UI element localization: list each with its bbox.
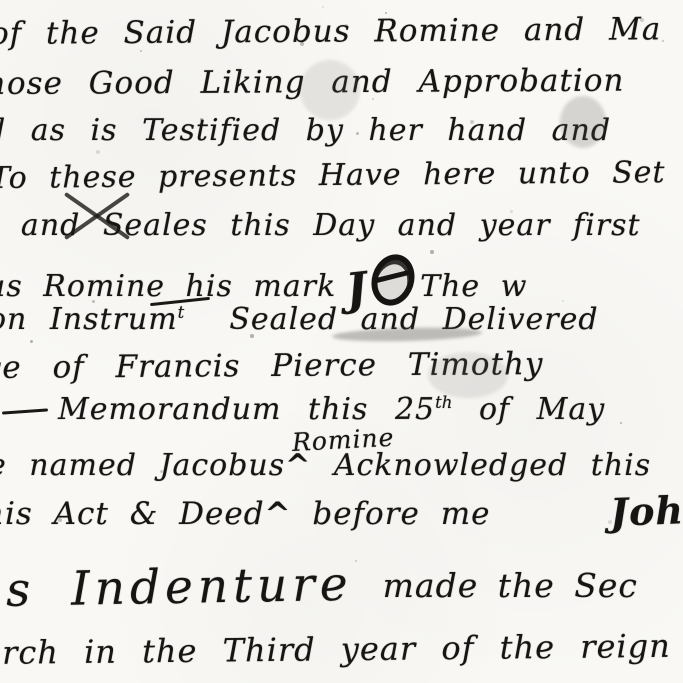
line-11-middle-text: before me [312, 496, 490, 532]
manuscript-line-2: hose Good Liking and Approbation [0, 60, 683, 102]
manuscript-line-10: e named Jacobus^ Acknowledged this [0, 448, 683, 483]
line-10-text: e named Jacobus [0, 448, 285, 483]
manuscript-line-3: d as is Testified by her hand and [0, 113, 683, 148]
line-11-text: his Act & Deed [0, 496, 265, 532]
manuscript-line-13: arch in the Third year of the reign [0, 622, 683, 672]
deed-caret-mark: ^ [265, 496, 292, 532]
line-10-trailing-text: Acknowledged this [334, 448, 651, 483]
line-6-trailing-text: The w [420, 269, 527, 304]
manuscript-line-12: is Indenture made the Sec [0, 560, 683, 615]
signer-name-fragment: John [610, 486, 683, 535]
insertion-caret-mark: ^ [285, 448, 311, 483]
paragraph-dash-mark [2, 408, 48, 414]
manuscript-line-4: To these presents Have here unto Set [0, 151, 683, 196]
scan-noise-speck [30, 340, 33, 343]
manuscript-line-8: ce of Francis Pierce Timothy [0, 342, 683, 386]
line-7-trailing-text: Sealed and Delivered [229, 302, 598, 337]
indenture-heading-fragment: is Indenture [0, 557, 353, 618]
instrum-abbreviation-superscript: t [178, 303, 185, 322]
line-7-text: on Instrum [0, 302, 178, 337]
scan-noise-speck [96, 150, 100, 154]
indenture-heading-trailing-text: made the Sec [383, 566, 638, 605]
manuscript-scan: of the Said Jacobus Romine and Ma hose G… [0, 0, 683, 683]
manuscript-line-1: of the Said Jacobus Romine and Ma [0, 8, 683, 52]
scan-noise-speck [322, 6, 324, 8]
date-superscript: th [435, 393, 452, 412]
line-6-text: us Romine his mark [0, 269, 336, 304]
manuscript-line-11: his Act & Deed^ before meJohn [0, 488, 683, 533]
manuscript-line-7: on Instrumt Sealed and Delivered [0, 302, 683, 337]
line-9-text: Memorandum this 25 [58, 392, 435, 427]
